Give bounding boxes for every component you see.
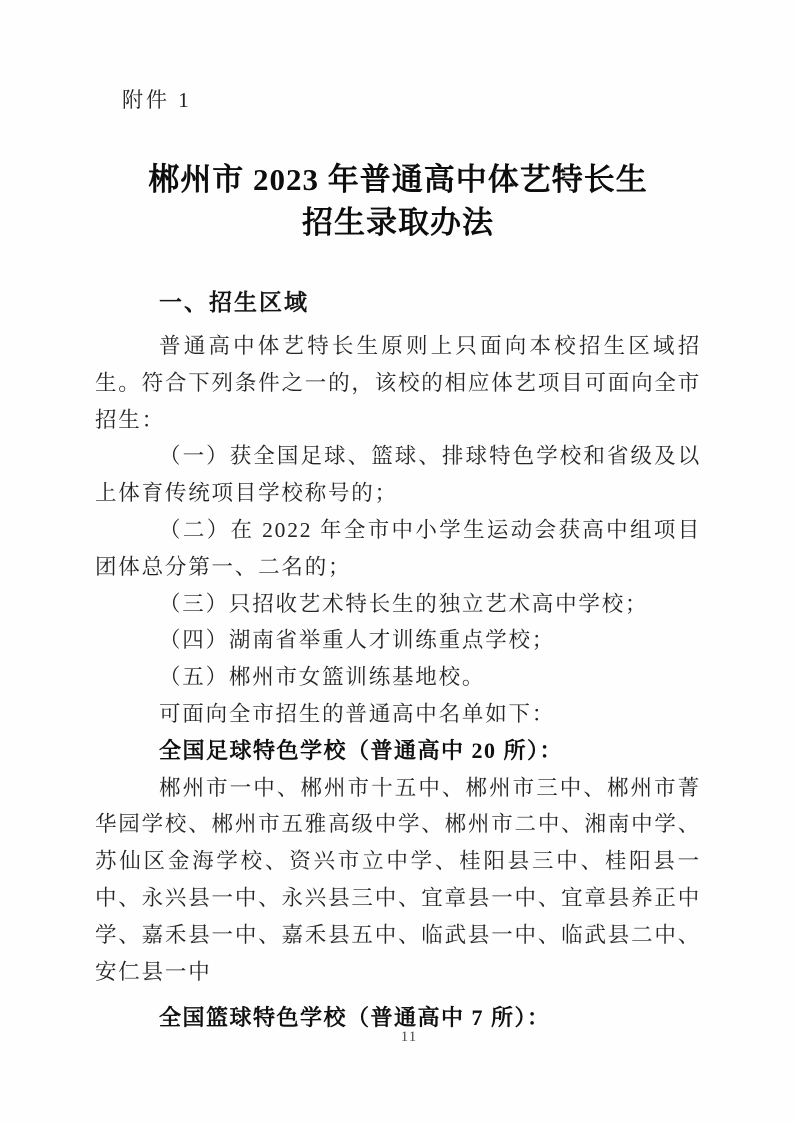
paragraph-condition-4: （四）湖南省举重人才训练重点学校； — [95, 622, 701, 659]
paragraph-condition-5: （五）郴州市女篮训练基地校。 — [95, 659, 701, 696]
paragraph-condition-1: （一）获全国足球、篮球、排球特色学校和省级及以上体育传统项目学校称号的； — [95, 438, 701, 512]
document-title: 郴州市 2023 年普通高中体艺特长生 招生录取办法 — [95, 158, 701, 244]
document-title-line-2: 招生录取办法 — [95, 201, 701, 244]
attachment-label: 附件 1 — [95, 84, 701, 114]
football-schools-heading: 全国足球特色学校（普通高中 20 所）： — [95, 733, 701, 770]
paragraph-intro: 普通高中体艺特长生原则上只面向本校招生区域招生。符合下列条件之一的，该校的相应体… — [95, 328, 701, 438]
section-heading-enrollment-area: 一、招生区域 — [95, 284, 701, 317]
paragraph-condition-2: （二）在 2022 年全市中小学生运动会获高中组项目团体总分第一、二名的； — [95, 512, 701, 586]
document-title-line-1: 郴州市 2023 年普通高中体艺特长生 — [95, 158, 701, 201]
page-number: 11 — [0, 1029, 794, 1046]
football-schools-list: 郴州市一中、郴州市十五中、郴州市三中、郴州市菁华园学校、郴州市五雅高级中学、郴州… — [95, 770, 701, 991]
paragraph-condition-3: （三）只招收艺术特长生的独立艺术高中学校； — [95, 586, 701, 623]
document-page: 附件 1 郴州市 2023 年普通高中体艺特长生 招生录取办法 一、招生区域 普… — [0, 0, 794, 1122]
document-content: 附件 1 郴州市 2023 年普通高中体艺特长生 招生录取办法 一、招生区域 普… — [95, 0, 701, 1037]
paragraph-citywide-list-intro: 可面向全市招生的普通高中名单如下： — [95, 696, 701, 733]
